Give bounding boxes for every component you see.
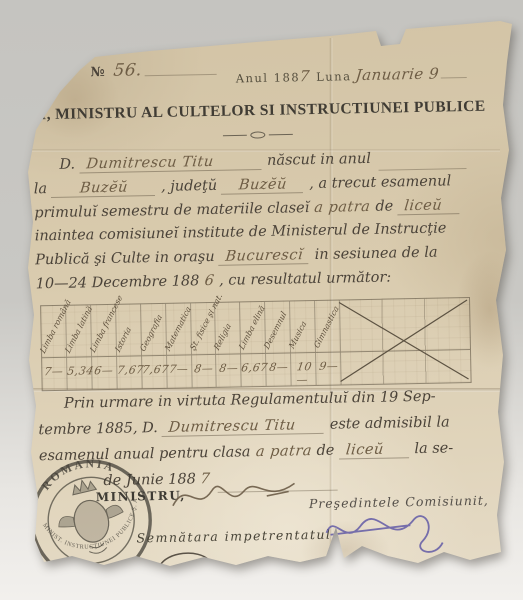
admissible-text: este admisibil la (330, 414, 450, 432)
subject-label: Geografia (139, 313, 164, 353)
ruled-line (144, 73, 216, 76)
grade-cell: 10— (291, 353, 317, 385)
grade-cell: 8— (266, 353, 292, 385)
grade-value: 8— (193, 362, 214, 375)
county-label: , judeţŭ (161, 178, 217, 195)
grade-value: 7,67 (141, 363, 170, 377)
grade-value: 10— (290, 360, 318, 387)
subject-label: Religia (214, 322, 234, 352)
school-type-handwritten: liceŭ (339, 441, 411, 459)
ministru-signature (166, 465, 307, 523)
ruled-line (441, 76, 467, 78)
grade-cell: 7,67 (142, 356, 168, 388)
grade-value: 7— (44, 365, 65, 378)
cross-out-mark (337, 298, 471, 384)
student-name-handwritten: Dumitrescu Titu (79, 153, 263, 174)
class-handwritten: a patra (255, 443, 313, 460)
session-text: in sesiunea de la (314, 245, 437, 263)
grade-value: 5,34 (66, 364, 95, 378)
session-dates-text: 10—24 Decembre 188 (36, 273, 200, 292)
results-intro-text: , cu resultatul următor: (219, 269, 391, 288)
date-row: Anul 188 7 Luna Januarie 9 (236, 64, 471, 87)
of-text: de (375, 198, 393, 214)
grade-cell: 8— (216, 354, 242, 386)
grade-cell: 5,34 (67, 357, 93, 389)
grade-value: 7— (168, 362, 189, 375)
subject-label: Desemnul (264, 310, 289, 350)
grade-value: 8— (268, 360, 289, 373)
year-label: Anul 188 (236, 70, 301, 85)
session-year-digit-handwritten: 6 (204, 273, 215, 289)
holder-signature (153, 546, 232, 589)
grade-cell: 7— (42, 358, 68, 390)
document-number-row: № 56. (90, 59, 220, 81)
body-paragraph-1: D. Dumitrescu Titu născut in anul la Buz… (33, 149, 474, 300)
salutation: D. (59, 157, 75, 173)
month-value-handwritten: Januarie 9 (355, 65, 440, 85)
paper-sheet-wrap: № 56. Anul 188 7 Luna Januarie 9 NOI, MI… (0, 0, 523, 600)
photo-background: № 56. Anul 188 7 Luna Januarie 9 NOI, MI… (0, 0, 523, 600)
passed-text: , a trecut esamenul (309, 173, 451, 192)
birthplace-handwritten: Buzĕŭ (51, 179, 157, 198)
class-handwritten: a patra (313, 198, 371, 215)
school-type-handwritten: liceŭ (397, 197, 461, 215)
subject-label: Musica (288, 320, 308, 350)
year-digit-handwritten: 7 (299, 67, 311, 85)
ruled-line (378, 167, 466, 171)
county-handwritten: Buzĕŭ (221, 176, 305, 195)
born-text: născut in anul (267, 151, 371, 169)
document-title: NOI, MINISTRU AL CULTELOR SI INSTRUCTIUN… (0, 97, 505, 125)
president-signature (320, 502, 463, 567)
student-name-handwritten: Dumitrescu Titu (162, 417, 326, 437)
ornament-divider (223, 129, 295, 140)
month-label: Luna (316, 69, 352, 84)
grade-value: 6— (94, 364, 115, 377)
number-value-handwritten: 56. (113, 60, 144, 81)
conclusion-text-1: Prin urmare in virtuta Regulamentuluĭ di… (64, 389, 436, 412)
conclusion-text-2: tembre 1885, D. (38, 420, 158, 438)
grade-cell: 7— (167, 355, 193, 387)
holder-signature-label: Semnătara impetrentatul, (136, 527, 337, 546)
ministry-text: Publică şi Culte in oraşu (35, 249, 215, 268)
of-text: de (316, 443, 334, 459)
paper-sheet: № 56. Anul 188 7 Luna Januarie 9 NOI, MI… (0, 0, 523, 600)
grade-value: 7,67 (116, 363, 145, 377)
grade-cell: 6— (92, 357, 118, 389)
city-handwritten: Bucurescĭ (219, 247, 311, 266)
at-text: la (34, 181, 48, 197)
grade-cell: 6,67 (241, 354, 267, 386)
results-table: Limba română Limba latină Limba francese… (40, 297, 472, 391)
grade-cell: 8— (192, 355, 218, 387)
subject-label: Istoria (114, 326, 133, 354)
document-content: № 56. Anul 188 7 Luna Januarie 9 NOI, MI… (0, 0, 523, 600)
number-label: № (90, 65, 105, 80)
grade-value: 9— (318, 360, 339, 373)
grade-cell: 7,67 (117, 356, 143, 388)
grade-value: 6,67 (241, 361, 270, 375)
grade-value: 8— (218, 361, 239, 374)
session-break-text: la se- (414, 440, 453, 457)
